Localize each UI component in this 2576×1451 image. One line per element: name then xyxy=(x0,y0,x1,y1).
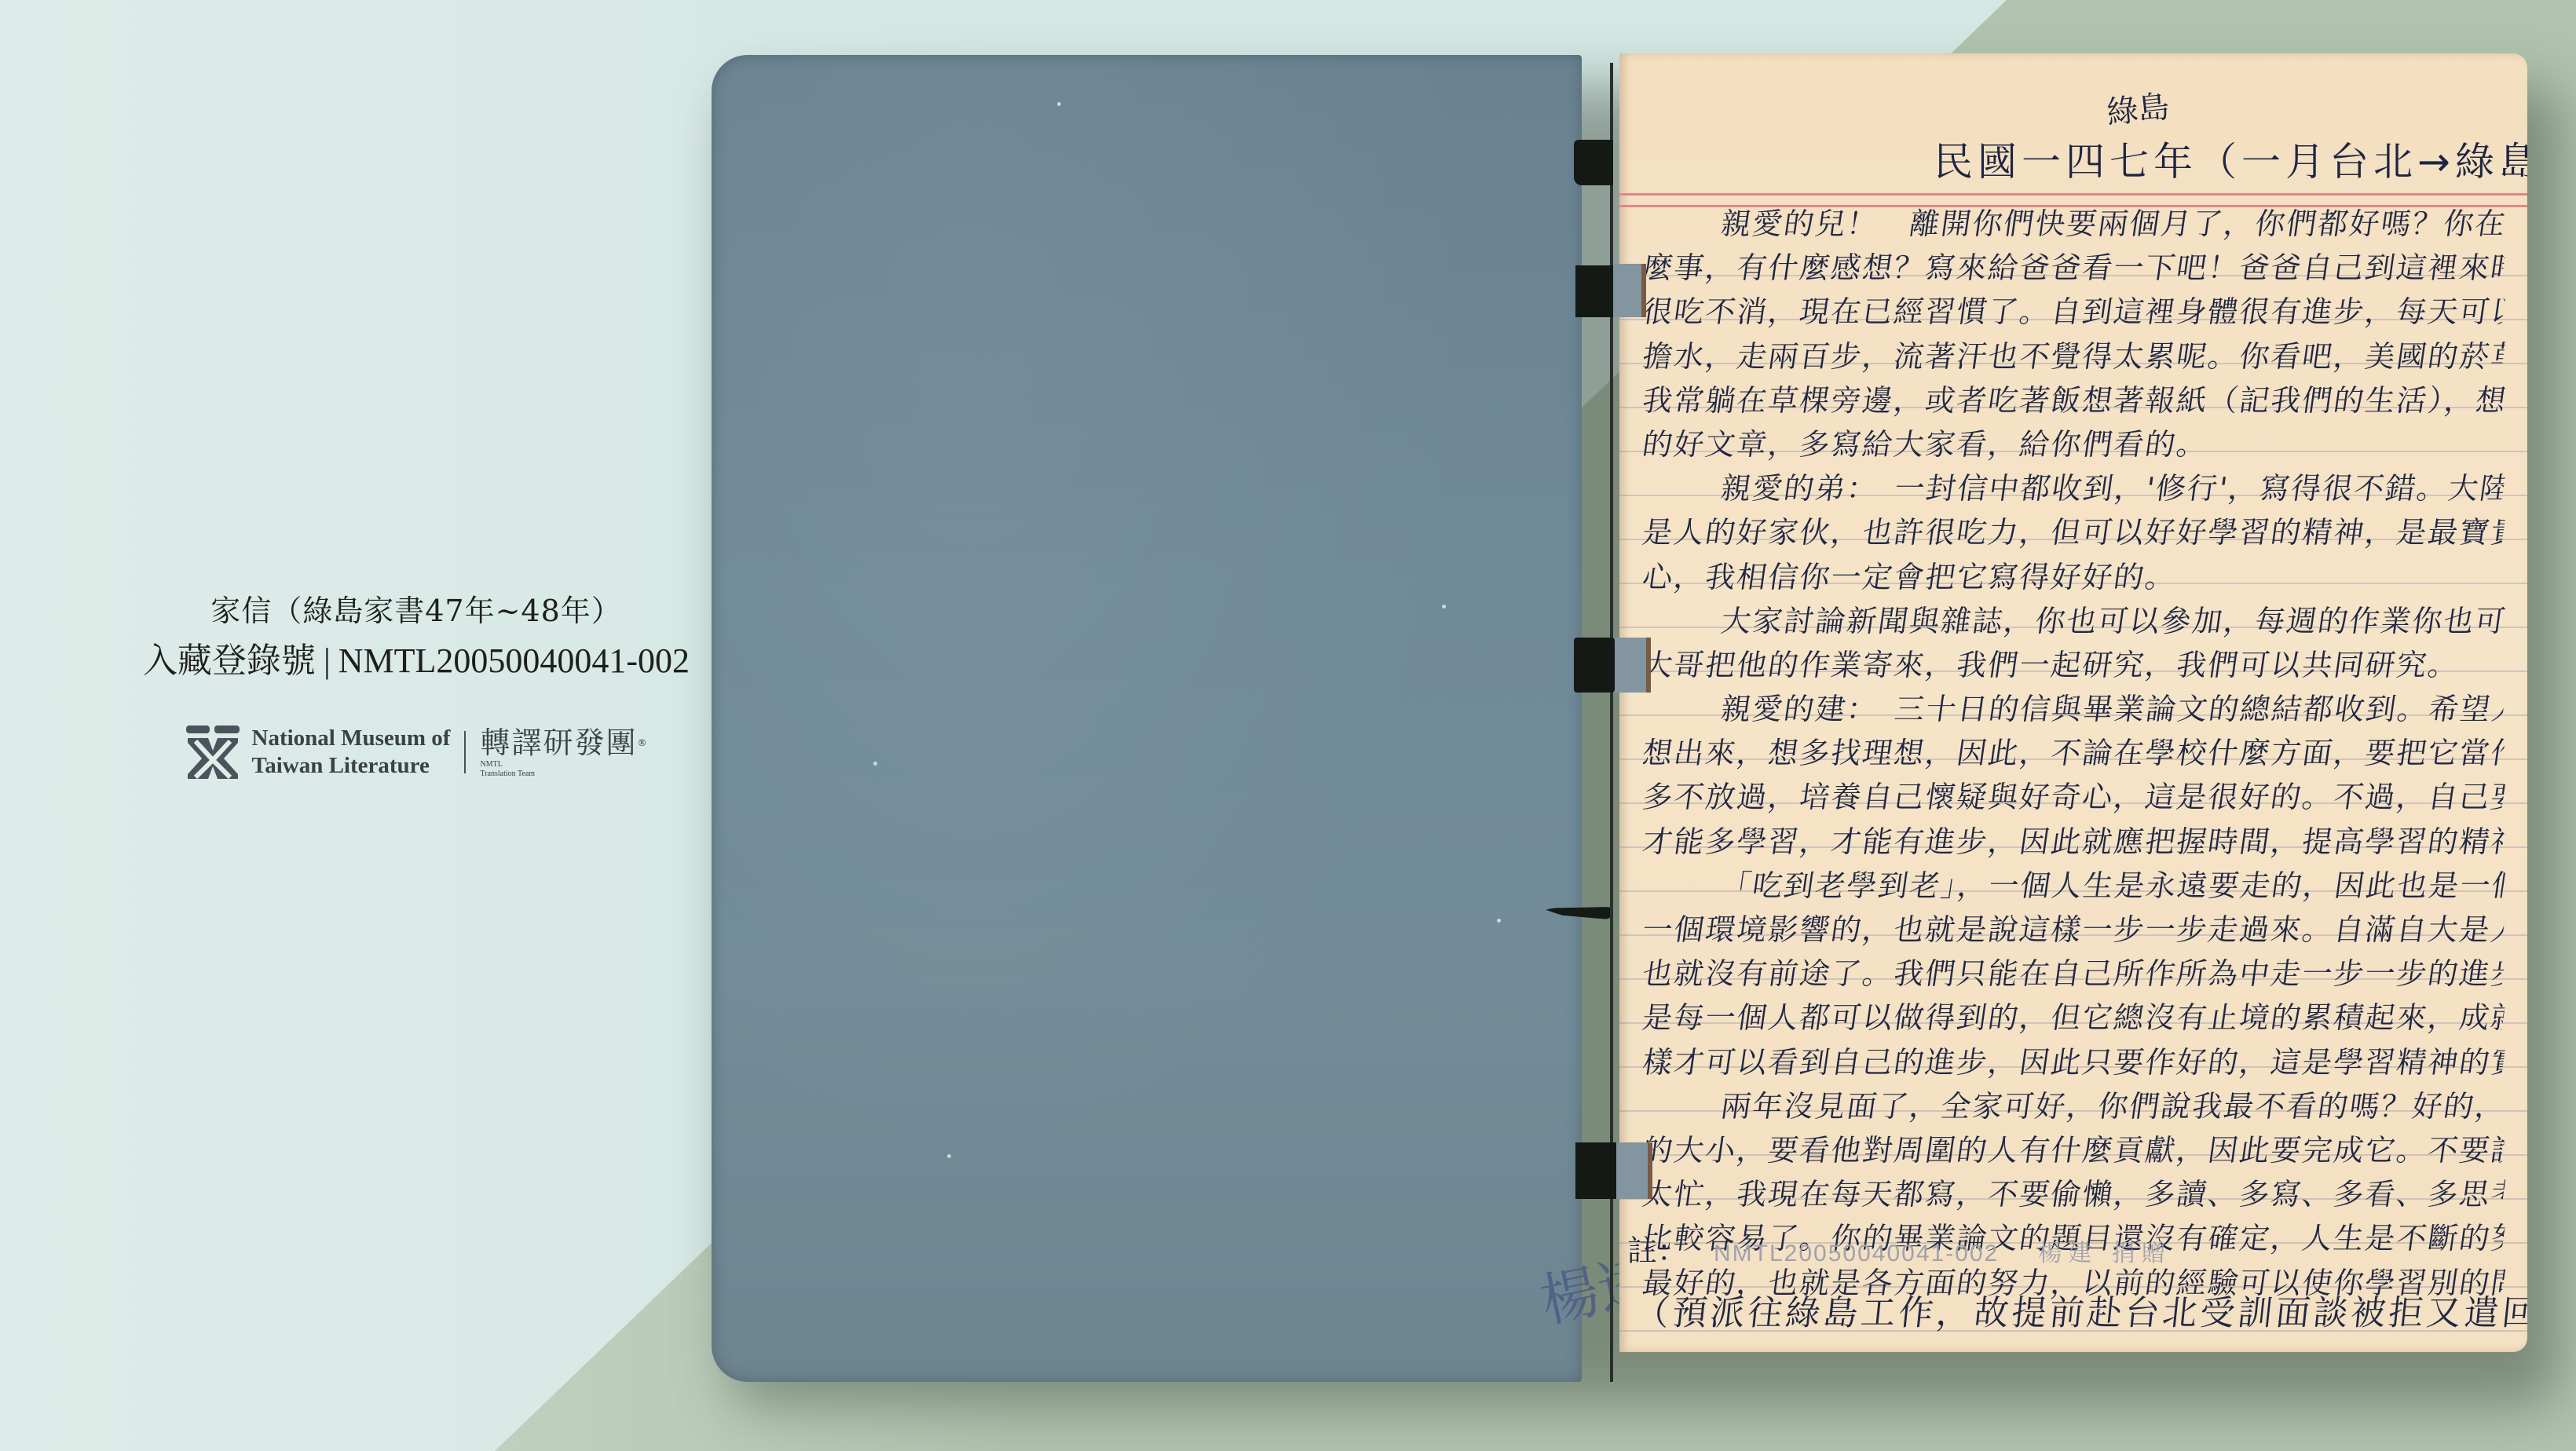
accession-label: 入藏登錄號 xyxy=(143,641,316,680)
notebook-cover xyxy=(712,55,1582,1382)
letter-line: 很吃不消，現在已經習慣了。自到這裡身體很有進步，每天可以挑一 xyxy=(1619,287,2507,331)
letter-line: 兩年沒見面了，全家可好，你們說我最不看的嗎？好的，一個人的成就 xyxy=(1619,1082,2507,1126)
cover-speck xyxy=(1057,102,1061,106)
footnote-text: （預派往綠島工作，故提前赴台北受訓面談被拒又遣回綠島） xyxy=(1633,1285,2527,1335)
accession-separator: | xyxy=(324,641,331,680)
letter-line: 擔水，走兩百步，流著汗也不覺得太累呢。你看吧，美國的菸草很漂亮， xyxy=(1619,332,2507,376)
cover-speck xyxy=(873,762,877,766)
letter-line: 也就沒有前途了。我們只能在自己所作所為中走一步一步的進步，這 xyxy=(1619,949,2507,993)
binding-strip xyxy=(1616,1142,1652,1199)
translation-team-logo: 轉譯研發團® NMTL Translation Team xyxy=(480,725,648,779)
letter-line: 太忙，我現在每天都寫，不要偷懶，多讀、多寫、多看、多思考，以後就 xyxy=(1619,1170,2507,1214)
letter-text: 親愛的兒！ 離開你們快要兩個月了，你們都好嗎？你在家有什麼事，有什麼感想？寫來給… xyxy=(1619,199,2504,1303)
letter-line: 樣才可以看到自己的進步，因此只要作好的，這是學習精神的實踐。 xyxy=(1619,1038,2507,1082)
letter-line: 才能多學習，才能有進步，因此就應把握時間，提高學習的精神。 xyxy=(1619,817,2507,861)
note-label: 註： xyxy=(1627,1226,1687,1270)
letter-line: 想出來，想多找理想，因此，不論在學校什麼方面，要把它當作問題來研究， xyxy=(1619,729,2507,773)
logo-row: National Museum of Taiwan Literature 轉譯研… xyxy=(118,724,715,780)
heading-annotation: 綠島 xyxy=(2104,82,2172,133)
binding-hole xyxy=(1575,265,1613,317)
artifact-caption: 家信（綠島家書47年~48年） 入藏登錄號|NMTL20050040041-00… xyxy=(118,589,715,780)
nmtl-logo-icon xyxy=(185,724,241,780)
letter-line: 「吃到老學到老」，一個人生是永遠要走的，因此也是一個不斷學習的 xyxy=(1619,861,2507,905)
stamp-donor: 楊建 捐贈 xyxy=(2038,1240,2172,1267)
letter-line: 是人的好家伙，也許很吃力，但可以好好學習的精神，是最寶貴的決 xyxy=(1619,508,2507,552)
stamp-number: NMTL20050040041-002 xyxy=(1714,1241,1999,1266)
letter-line: 的好文章，多寫給大家看，給你們看的。 xyxy=(1619,420,2507,464)
binding-hole xyxy=(1574,140,1613,185)
letter-line: 多不放過，培養自己懷疑與好奇心，這是很好的。不過，自己要實地去做， xyxy=(1619,773,2507,817)
letter-line: 大哥把他的作業寄來，我們一起研究，我們可以共同研究。 xyxy=(1619,641,2507,685)
translation-team-name: 轉譯研發團 xyxy=(480,725,637,760)
letter-line: 一個環境影響的，也就是說這樣一步一步走過來。自滿自大是人生的停止信號，到 xyxy=(1619,905,2507,949)
letter-line: 親愛的弟： 一封信中都收到，'修行'，寫得很不錯。大陸那邊 xyxy=(1619,464,2507,508)
accession-number-line: 入藏登錄號|NMTL20050040041-002 xyxy=(118,638,715,685)
binding-hole xyxy=(1574,638,1615,693)
cover-speck xyxy=(947,1154,951,1158)
accession-number: NMTL20050040041-002 xyxy=(338,641,690,680)
letter-line: 親愛的兒！ 離開你們快要兩個月了，你們都好嗎？你在家有什 xyxy=(1619,199,2507,243)
cover-speck xyxy=(1442,605,1446,609)
letter-line: 麼事，有什麼感想？寫來給爸爸看一下吧！爸爸自己到這裡來時，覺得 xyxy=(1619,243,2507,287)
letter-line: 的大小，要看他對周圍的人有什麼貢獻，因此要完成它。不要說我 xyxy=(1619,1126,2507,1170)
nmtl-wordmark-line2: Taiwan Literature xyxy=(252,752,451,780)
binding-strip xyxy=(1613,264,1646,317)
nmtl-wordmark-line1: National Museum of xyxy=(252,725,451,752)
cover-speck xyxy=(1497,919,1501,923)
nmtl-wordmark: National Museum of Taiwan Literature xyxy=(252,725,451,780)
binding-hole xyxy=(1575,1142,1616,1199)
letter-line: 我常躺在草棵旁邊，或者吃著飯想著報紙（記我們的生活），想出有趣 xyxy=(1619,376,2507,420)
letter-line: 是每一個人都可以做得到的，但它總沒有止境的累積起來，成就就大了。這 xyxy=(1619,993,2507,1037)
translation-team-en-line1: NMTL xyxy=(480,760,648,769)
letter-line: 親愛的建： 三十日的信與畢業論文的總結都收到。希望人人都是真 xyxy=(1619,685,2507,729)
artifact-title: 家信（綠島家書47年~48年） xyxy=(118,589,715,633)
logo-divider xyxy=(464,731,466,773)
letter-line: 大家討論新聞與雜誌，你也可以參加，每週的作業你也可以寫一試，叫 xyxy=(1619,597,2507,641)
binding-strip xyxy=(1615,638,1651,693)
accession-stamp: NMTL20050040041-002楊建 捐贈 xyxy=(1714,1234,2172,1268)
letter-line: 心，我相信你一定會把它寫得好好的。 xyxy=(1619,553,2507,597)
heading-text: 民國一四七年（一月台北→綠島） xyxy=(1934,130,2527,187)
registered-mark-icon: ® xyxy=(637,737,648,748)
letter-page: 綠島 民國一四七年（一月台北→綠島） 親愛的兒！ 離開你們快要兩個月了，你們都好… xyxy=(1619,53,2527,1352)
translation-team-en-line2: Translation Team xyxy=(480,769,648,779)
